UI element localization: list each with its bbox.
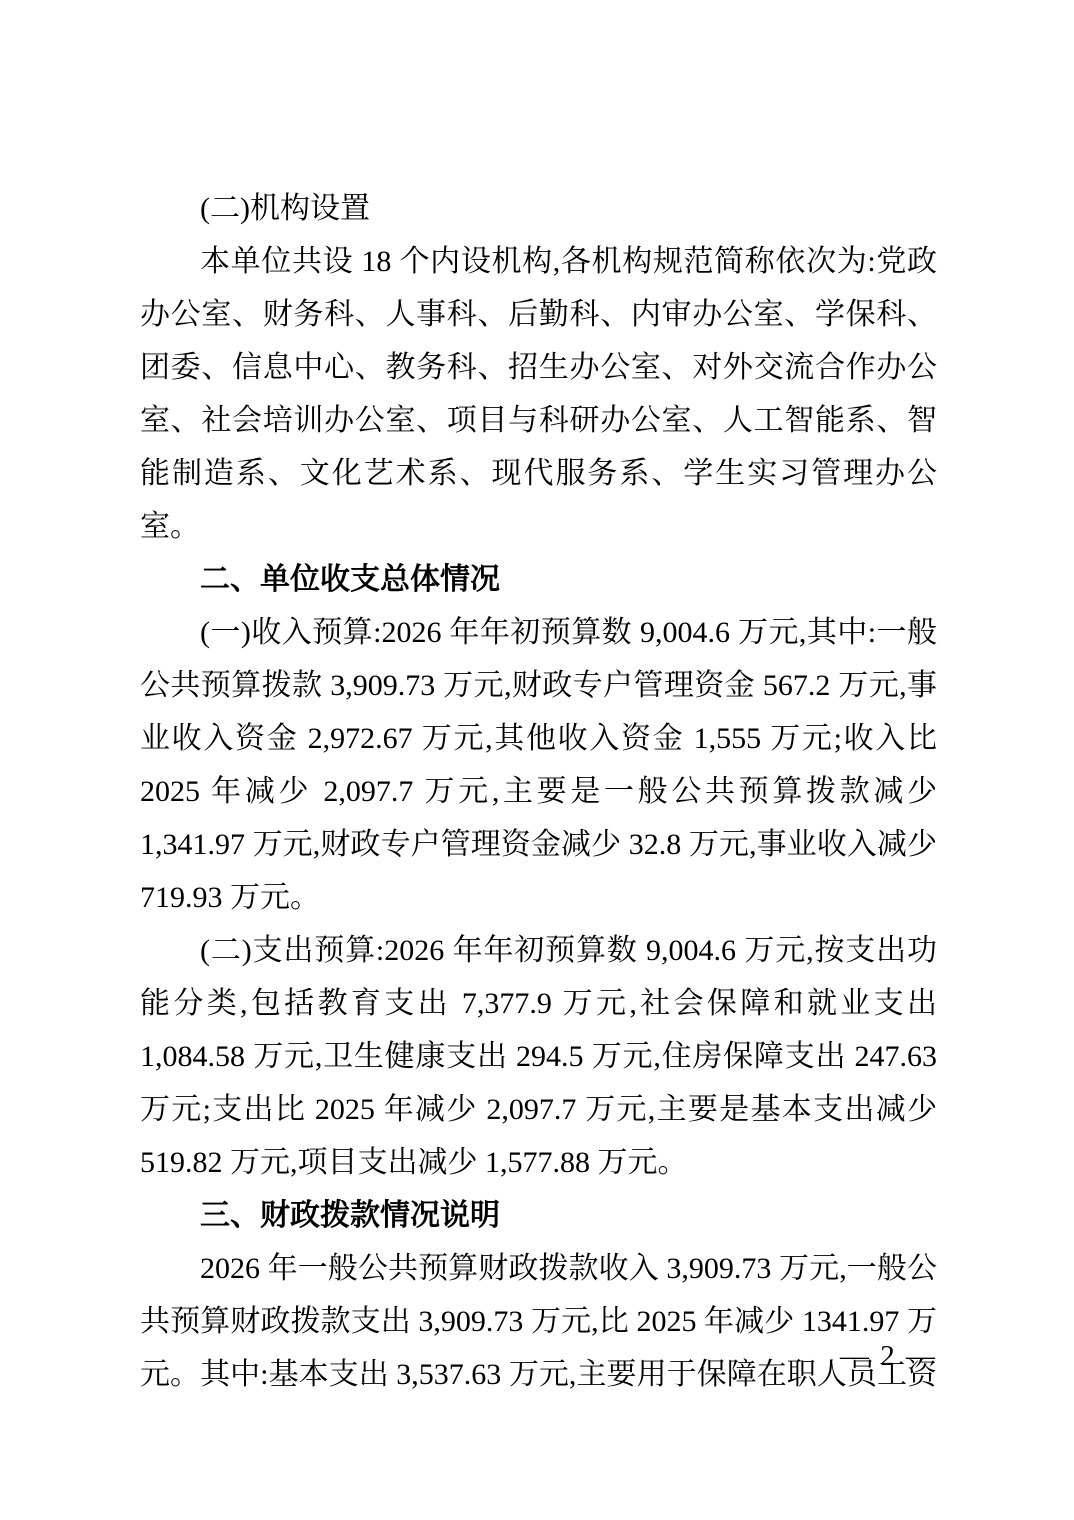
- subsection-heading-organization: (二)机构设置: [140, 182, 937, 235]
- paragraph-expenditure-budget: (二)支出预算:2026 年年初预算数 9,004.6 万元,按支出功能分类,包…: [140, 924, 937, 1189]
- paragraph-internal-departments: 本单位共设 18 个内设机构,各机构规范简称依次为:党政办公室、财务科、人事科、…: [140, 235, 937, 553]
- section-heading-income-expenditure-overview: 二、单位收支总体情况: [140, 553, 937, 606]
- paragraph-income-budget: (一)收入预算:2026 年年初预算数 9,004.6 万元,其中:一般公共预算…: [140, 606, 937, 924]
- document-page: (二)机构设置 本单位共设 18 个内设机构,各机构规范简称依次为:党政办公室、…: [0, 0, 1074, 1520]
- section-heading-fiscal-appropriation: 三、财政拨款情况说明: [140, 1189, 937, 1242]
- page-number: — 2 —: [840, 1338, 937, 1374]
- paragraph-fiscal-appropriation-detail: 2026 年一般公共预算财政拨款收入 3,909.73 万元,一般公共预算财政拨…: [140, 1242, 937, 1401]
